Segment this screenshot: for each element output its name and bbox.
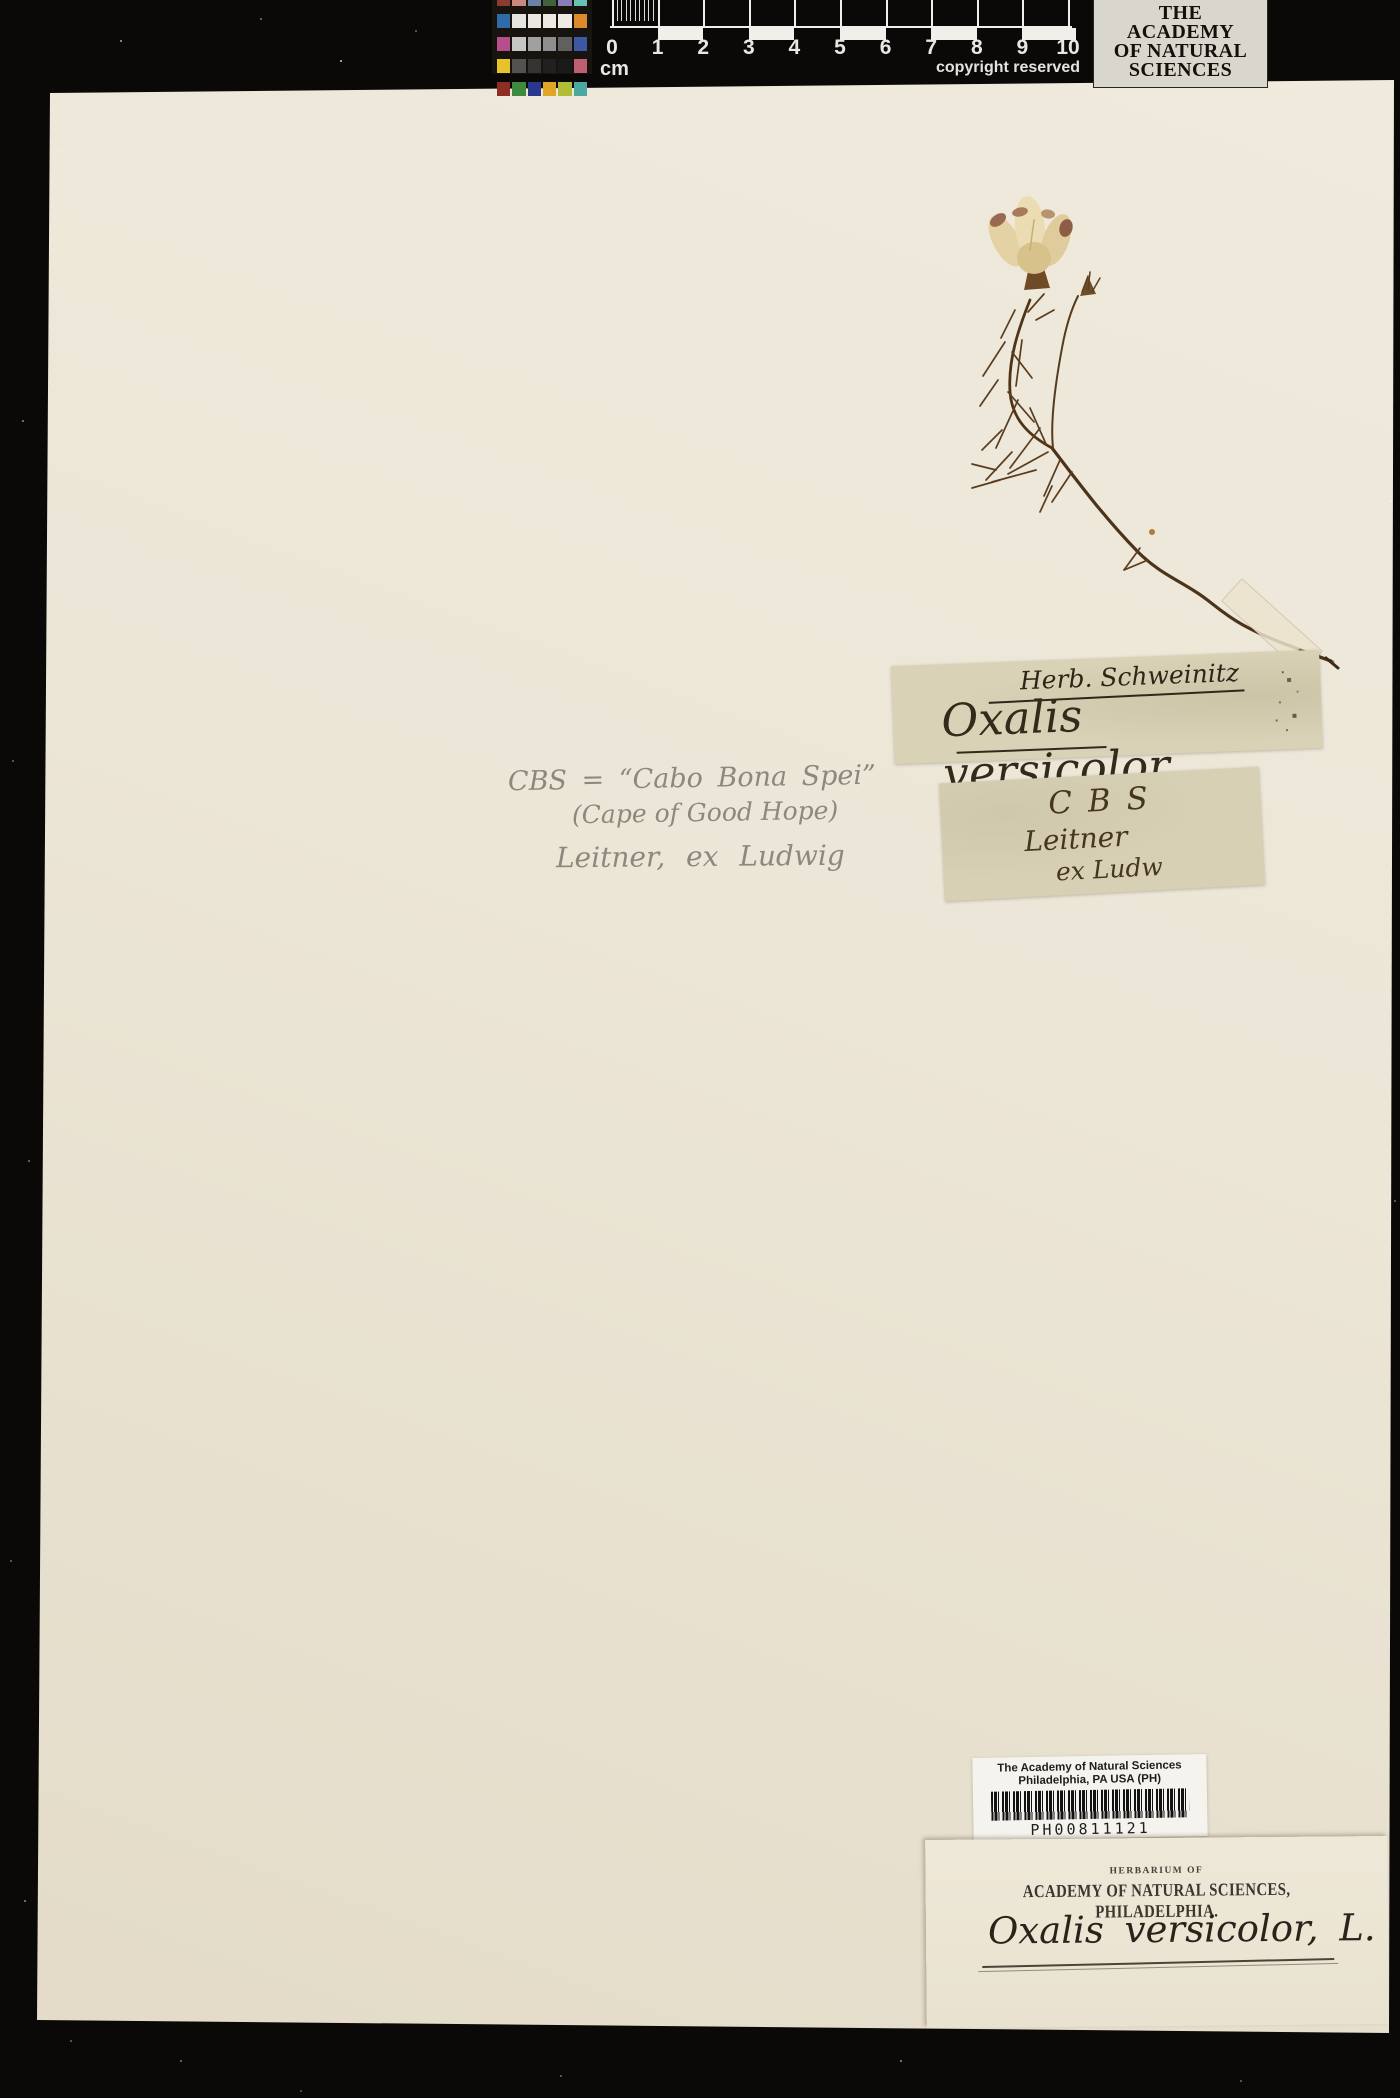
specimen-photo: CBS = “Cabo Bona Spei” (Cape of Good Hop… (0, 0, 1400, 2098)
color-patch (497, 59, 510, 73)
cmtick (658, 0, 660, 26)
rblock (749, 28, 795, 40)
mmtick (621, 0, 622, 21)
color-patch (558, 37, 571, 51)
pencil-note-line3: Leitner, ex Ludwig (556, 839, 845, 875)
mmtick (653, 0, 654, 21)
barcode-label: The Academy of Natural Sciences Philadel… (972, 1754, 1207, 1840)
cbs-label-line1: C B S (1047, 780, 1151, 821)
color-patch (512, 37, 525, 51)
mmtick (626, 0, 627, 21)
color-patch (528, 14, 541, 28)
mmtick (648, 0, 649, 21)
rblock (840, 28, 886, 40)
cmtick (794, 0, 796, 26)
logo-line: SCIENCES (1094, 61, 1267, 80)
cbs-label-line3: ex Ludw (1055, 852, 1163, 887)
herbarium-institution-label: HERBARIUM OF ACADEMY OF NATURAL SCIENCES… (925, 1836, 1389, 2028)
color-patch (512, 82, 525, 96)
color-patch (574, 37, 587, 51)
ruler-unit-label: cm (600, 58, 629, 81)
color-patch (543, 37, 556, 51)
cmtick (977, 0, 979, 26)
color-patch (497, 14, 510, 28)
color-patch (574, 0, 587, 6)
ruler-number: 0 (597, 36, 627, 60)
color-patch (574, 14, 587, 28)
color-patch (558, 82, 571, 96)
cmtick (612, 0, 614, 26)
cmtick (886, 0, 888, 26)
cmtick (749, 0, 751, 26)
color-patch (512, 14, 525, 28)
color-patch (528, 59, 541, 73)
label-stain-specks (1282, 671, 1284, 673)
color-checker-grid (497, 0, 587, 102)
rblock (1068, 28, 1076, 40)
color-patch (528, 37, 541, 51)
rblock (1022, 28, 1068, 40)
color-patch (528, 0, 541, 6)
academy-logo: THE ACADEMY OF NATURAL SCIENCES (1093, 0, 1268, 88)
color-patch (497, 0, 510, 6)
cmtick (931, 0, 933, 26)
cbs-label-line2: Leitner (1023, 820, 1128, 858)
copyright-text: copyright reserved (936, 59, 1080, 77)
mmtick (617, 0, 618, 21)
rblock (931, 28, 977, 40)
color-patch (574, 82, 587, 96)
cmtick (1022, 0, 1024, 26)
color-patch (497, 37, 510, 51)
mmtick (639, 0, 640, 21)
rblock (658, 28, 704, 40)
mmtick (644, 0, 645, 21)
color-patch (543, 82, 556, 96)
color-patch (558, 59, 571, 73)
cmtick (1068, 0, 1070, 26)
color-patch (512, 0, 525, 6)
herbarium-of-text: HERBARIUM OF (925, 1864, 1387, 1878)
species-determination: Oxalis versicolor, L. (988, 1906, 1376, 1952)
color-patch (558, 14, 571, 28)
pencil-note-line2: (Cape of Good Hope) (572, 796, 839, 830)
color-patch (528, 82, 541, 96)
cmtick (840, 0, 842, 26)
ruler: 012345678910 cm copyright reserved (600, 0, 1080, 80)
color-patch (558, 0, 571, 6)
barcode-icon (991, 1788, 1189, 1820)
mmtick (630, 0, 631, 21)
color-patch (497, 82, 510, 96)
color-calibration-card (492, 0, 592, 74)
color-patch (543, 59, 556, 73)
cbs-locality-label: C B S Leitner ex Ludw (939, 767, 1265, 902)
cmtick (703, 0, 705, 26)
color-patch (512, 59, 525, 73)
color-patch (574, 59, 587, 73)
mmtick (635, 0, 636, 21)
pencil-note-line1: CBS = “Cabo Bona Spei” (508, 760, 876, 797)
schweinitz-label: Herb. Schweinitz Oxalis versicolor (891, 650, 1322, 764)
color-patch (543, 14, 556, 28)
dust-specks (0, 0, 2, 2)
color-patch (543, 0, 556, 6)
